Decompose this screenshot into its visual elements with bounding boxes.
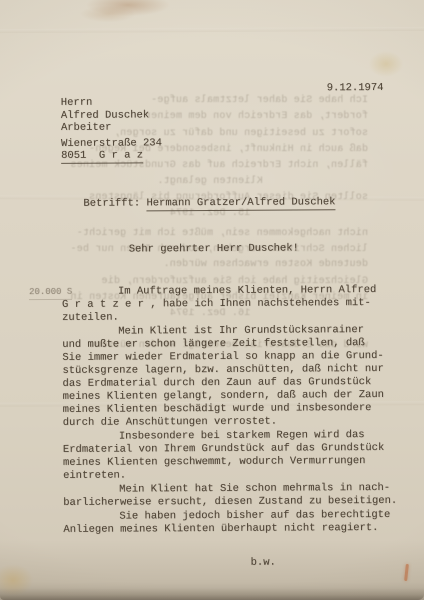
address-line: 8051 G r a z: [61, 149, 162, 162]
body-line: zuteilen.: [62, 310, 392, 325]
paragraph: Mein Klient ist Ihr Grundstücksanraineru…: [62, 324, 393, 430]
address-line: Wienerstraße 234: [61, 137, 162, 150]
body-line: meines Klienten beschädigt wurde und ins…: [63, 402, 393, 417]
subject-value: Hermann Gratzer/Alfred Duschek: [146, 196, 335, 211]
subject-line: Betrifft: Hermann Gratzer/Alfred Duschek: [83, 196, 335, 211]
body-line: G r a t z e r , habe ich Ihnen nachstehe…: [62, 297, 392, 312]
salutation: Sehr geehrter Herr Duschek!: [129, 242, 299, 256]
paragraph: Sie haben jedoch bisher auf das berechti…: [63, 509, 393, 537]
body-line: eintreten.: [63, 468, 393, 483]
address-line: Alfred Duschek: [61, 109, 162, 122]
body-line: meines Klienten geschwemmt, wodurch Verm…: [63, 455, 393, 470]
paper-background: Ich habe Sie daher letztmals aufge-forde…: [0, 0, 424, 600]
turn-page-note: b.w.: [251, 557, 276, 570]
body-line: barlicherweise ersucht, diesen Zustand z…: [63, 495, 393, 510]
body-line: durch die Anschüttungen verrostet.: [63, 415, 393, 430]
subject-label: Betrifft:: [83, 197, 140, 209]
letter-date: 9.12.1974: [327, 82, 384, 95]
address-line: Herrn: [61, 96, 162, 109]
paragraph: Im Auftrage meines Klienten, Herrn Alfre…: [62, 284, 392, 325]
paragraph: Insbesondere bei starkem Regen wird dasE…: [63, 429, 393, 483]
letter-body: Im Auftrage meines Klienten, Herrn Alfre…: [62, 284, 394, 538]
address-line: Arbeiter: [61, 121, 162, 134]
margin-amount-note: 20.000 S: [29, 286, 72, 300]
scanned-letter: Ich habe Sie daher letztmals aufge-forde…: [0, 0, 424, 600]
paragraph: Mein Klient hat Sie schon mehrmals in na…: [63, 482, 393, 510]
recipient-address: HerrnAlfred DuschekArbeiterWienerstraße …: [61, 96, 162, 162]
letter-content: 9.12.1974 HerrnAlfred DuschekArbeiterWie…: [0, 0, 424, 600]
body-line: Anliegen meines Klienten überhaupt nicht…: [63, 522, 393, 537]
